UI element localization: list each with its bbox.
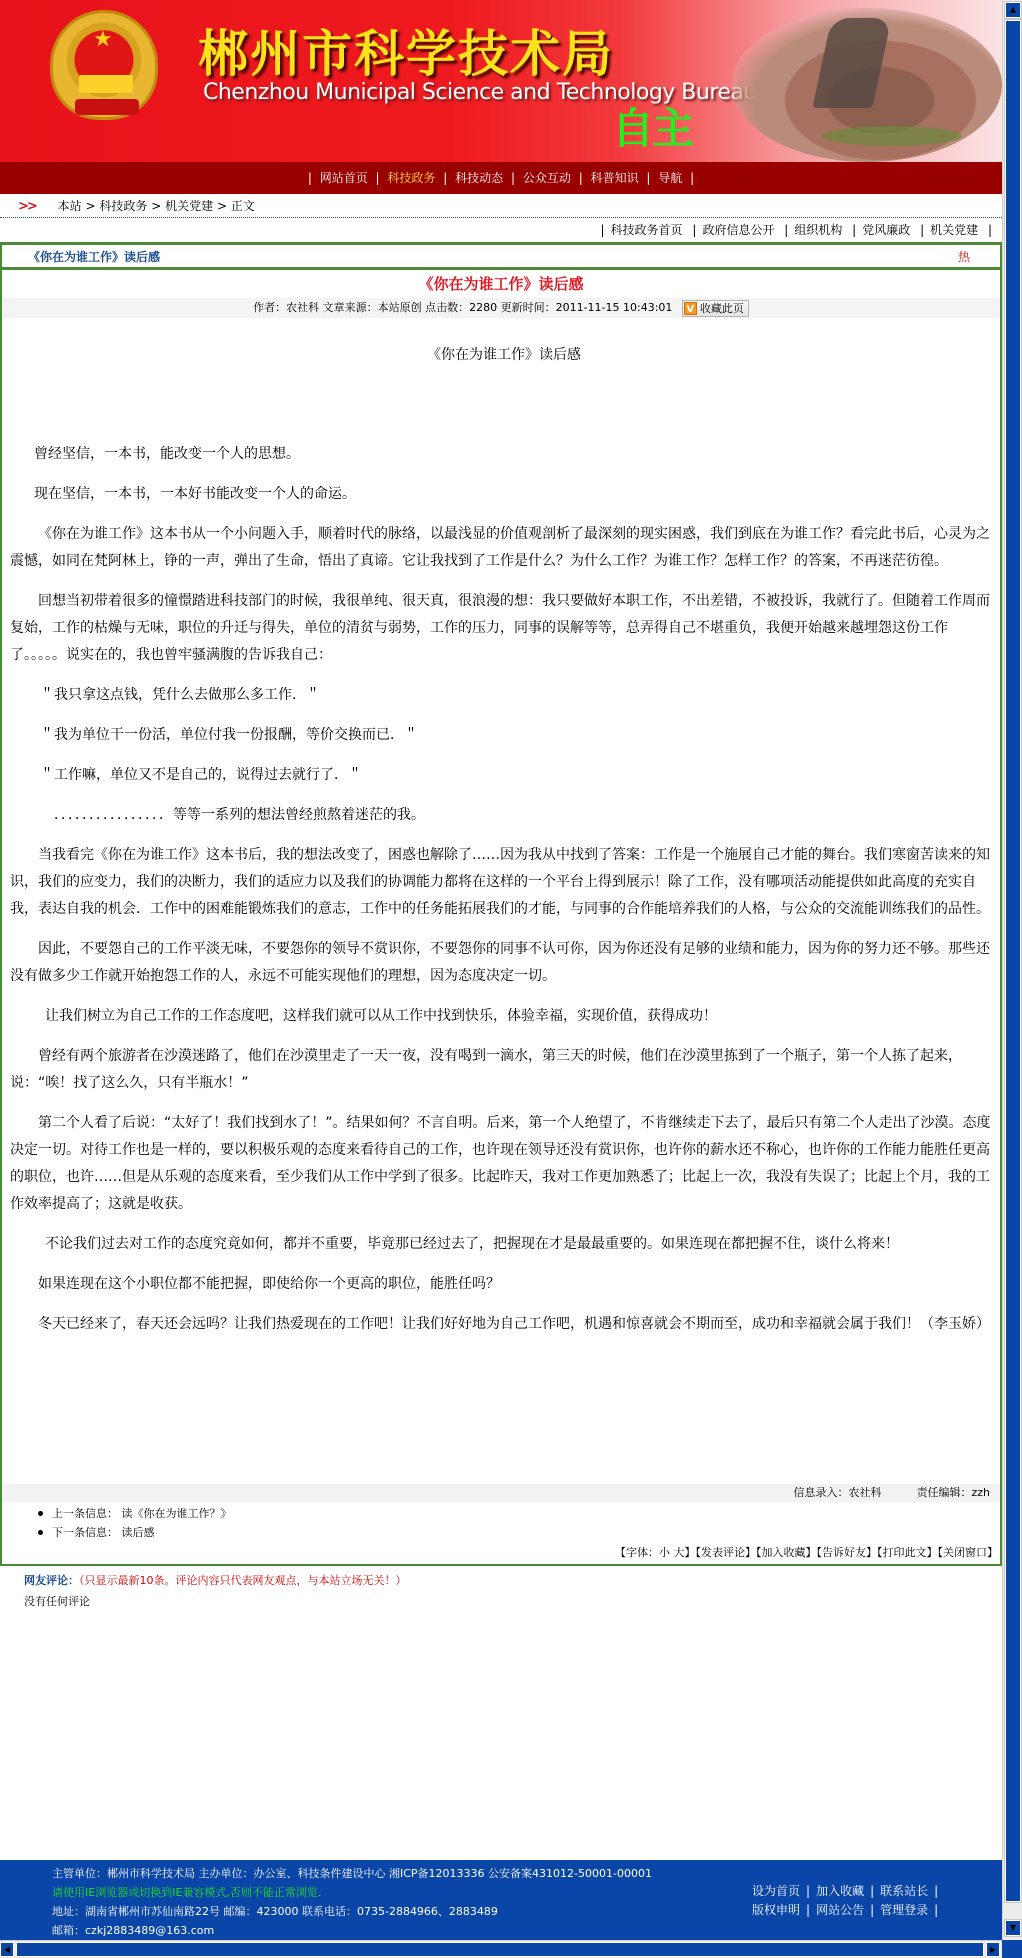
subnav-integrity[interactable]: 党风廉政 [862,223,910,237]
breadcrumb-current: 正文 [231,199,255,213]
sub-nav: |科技政务首页 |政府信息公开 |组织机构 |党风廉政 |机关党建 | [0,218,1002,242]
prev-article-link[interactable]: 读《你在为谁工作？》 [122,1507,232,1520]
paragraph: 现在坚信，一本书，一本好书能改变一个人的命运。 [10,481,998,508]
close-window-link[interactable]: 【关闭窗口】 [938,1546,999,1559]
comments-empty: 没有任何评论 [24,1591,1002,1612]
nav-tech-news[interactable]: 科技动态 [455,171,503,185]
article-info-bar: 信息录入：农社科 责任编辑：zzh [2,1484,1000,1502]
subnav-party-building[interactable]: 机关党建 [930,223,978,237]
scroll-down-arrow-icon[interactable]: ▼ [1005,1920,1021,1936]
breadcrumb-home[interactable]: 本站 [58,199,82,213]
nav-public-interaction[interactable]: 公众互动 [523,171,571,185]
font-large-link[interactable]: 大 [674,1546,685,1559]
article-frame: 《你在为谁工作》读后感 热 《你在为谁工作》读后感 作者：农社科 文章来源：本站… [0,242,1002,1566]
footer-browser-notice: 请使用IE浏览器或切换到IE兼容模式,否则不能正常浏览. [52,1883,652,1902]
prev-next-list: 上一条信息： 读《你在为谁工作？》 下一条信息： 读后感 [2,1502,1000,1542]
paragraph: ＂工作嘛，单位又不是自己的，说得过去就行了．＂ [10,762,998,789]
comments-section: 网友评论：（只显示最新10条。评论内容只代表网友观点，与本站立场无关！） 没有任… [0,1566,1002,1612]
hot-badge: 热 [958,245,970,270]
article-body: 《你在为谁工作》读后感 曾经坚信，一本书，能改变一个人的思想。 现在坚信，一本书… [2,342,1000,1338]
nav-home[interactable]: 网站首页 [320,171,368,185]
post-comment-link[interactable]: 【发表评论】 [696,1546,757,1559]
prev-article: 上一条信息： 读《你在为谁工作？》 [38,1504,1000,1523]
add-favorite-link[interactable]: 【加入收藏】 [756,1546,817,1559]
nav-navigation[interactable]: 导航 [658,171,682,185]
article-tools: 【字体：小 大】【发表评论】【加入收藏】【告诉好友】【打印此文】【关闭窗口】 [2,1542,1000,1564]
article-source: 本站原创 [378,301,422,314]
horizontal-scroll-thumb[interactable] [16,1942,984,1957]
scroll-right-arrow-icon[interactable]: ▶ [986,1942,1000,1957]
page-viewport: ★ 郴州市科学技术局 Chenzhou Municipal Science an… [0,0,1002,1940]
horizontal-scrollbar[interactable]: ◀ ▶ [0,1940,1002,1958]
tell-friend-link[interactable]: 【告诉好友】 [817,1546,878,1559]
set-homepage-link[interactable]: 设为首页 [752,1884,800,1898]
scroll-up-arrow-icon[interactable]: ▲ [1005,2,1021,18]
footer-address: 地址：湖南省郴州市苏仙南路22号 邮编：423000 联系电话：0735-288… [52,1902,652,1921]
bookmark-icon: V [684,302,697,315]
add-favorite-footer-link[interactable]: 加入收藏 [816,1884,864,1898]
site-footer: 主管单位：郴州市科学技术局 主办单位：办公室、科技条件建设中心 湘ICP备120… [0,1860,1002,1940]
paragraph: 当我看完《你在为谁工作》这本书后，我的想法改变了，困惑也解除了……因为我从中找到… [10,842,998,923]
paragraph: 曾经有两个旅游者在沙漠迷路了，他们在沙漠里走了一天一夜，没有喝到一滴水，第三天的… [10,1043,998,1097]
subnav-organization[interactable]: 组织机构 [794,223,842,237]
paragraph: 第二个人看了后说：“太好了！我们找到水了！”。结果如何？不言自明。后来，第一个人… [10,1110,998,1218]
main-nav: | 网站首页 | 科技政务 | 科技动态 | 公众互动 | 科普知识 | 导航 … [0,162,1002,194]
double-chevron-icon: >> [18,199,36,214]
national-emblem-icon: ★ [50,10,158,120]
next-article-link[interactable]: 读后感 [122,1526,155,1539]
bookmark-page-button[interactable]: V收藏此页 [682,300,749,317]
nav-science-knowledge[interactable]: 科普知识 [591,171,639,185]
paragraph: 冬天已经来了，春天还会远吗？让我们热爱现在的工作吧！让我们好好地为自己工作吧，机… [10,1311,998,1338]
paragraph: 《你在为谁工作》这本书从一个小问题入手，顺着时代的脉络，以最浅显的价值观剖析了最… [10,521,998,575]
footer-email: 邮箱：czkj2883489@163.com [52,1921,652,1940]
print-link[interactable]: 【打印此文】 [877,1546,938,1559]
section-title-bar: 《你在为谁工作》读后感 热 [2,245,1000,270]
article-hits: 2280 [469,301,497,314]
article-meta: 作者：农社科 文章来源：本站原创 点击数：2280 更新时间：2011-11-1… [2,298,1000,318]
scrollbar-corner [1002,1940,1022,1958]
article-updated: 2011-11-15 10:43:01 [556,301,673,314]
statue-photo [732,8,1002,162]
admin-login-link[interactable]: 管理登录 [880,1903,928,1917]
paragraph: 让我们树立为自己工作的工作态度吧，这样我们就可以从工作中找到快乐，体验幸福，实现… [10,1003,998,1030]
info-editor: zzh [971,1486,990,1499]
subnav-affairs-home[interactable]: 科技政务首页 [611,223,683,237]
paragraph: ＂我只拿这点钱，凭什么去做那么多工作．＂ [10,682,998,709]
comments-note: （只显示最新10条。评论内容只代表网友观点，与本站立场无关！） [79,1574,407,1587]
site-notice-link[interactable]: 网站公告 [816,1903,864,1917]
banner-tagline: 自主 [612,96,692,156]
paragraph: ＂我为单位干一份活，单位付我一份报酬，等价交换而已．＂ [10,722,998,749]
article-body-title: 《你在为谁工作》读后感 [10,342,998,369]
site-banner: ★ 郴州市科学技术局 Chenzhou Municipal Science an… [0,0,1002,162]
info-entry-user: 农社科 [848,1486,881,1499]
paragraph: ．．．．．．．．．．．．．．．．等等一系列的想法曾经煎熬着迷茫的我。 [10,802,998,829]
nav-tech-affairs[interactable]: 科技政务 [387,171,435,185]
paragraph: 因此，不要怨自己的工作平淡无味，不要怨你的领导不赏识你，不要怨你的同事不认可你，… [10,936,998,990]
font-small-link[interactable]: 小 [659,1546,670,1559]
vertical-scroll-thumb[interactable] [1005,20,1021,1902]
section-title: 《你在为谁工作》读后感 [28,250,160,264]
paragraph: 曾经坚信，一本书，能改变一个人的思想。 [10,441,998,468]
article-author: 农社科 [286,301,319,314]
next-article: 下一条信息： 读后感 [38,1523,1000,1542]
footer-sponsor: 主管单位：郴州市科学技术局 主办单位：办公室、科技条件建设中心 湘ICP备120… [52,1864,652,1883]
breadcrumb-tech-affairs[interactable]: 科技政务 [99,199,147,213]
subnav-info-disclosure[interactable]: 政府信息公开 [702,223,774,237]
breadcrumb-party-building[interactable]: 机关党建 [165,199,213,213]
paragraph: 不论我们过去对工作的态度究竟如何，都并不重要，毕竟那已经过去了，把握现在才是最最… [10,1231,998,1258]
comments-label: 网友评论： [24,1574,79,1587]
paragraph: 如果连现在这个小职位都不能把握，即使给你一个更高的职位，能胜任吗？ [10,1271,998,1298]
article-headline: 《你在为谁工作》读后感 [2,270,1000,298]
vertical-scrollbar[interactable]: ▲ ▼ [1002,0,1022,1940]
breadcrumb: >> 本站 > 科技政务 > 机关党建 > 正文 [0,194,1002,218]
scroll-left-arrow-icon[interactable]: ◀ [0,1942,14,1957]
paragraph: 回想当初带着很多的憧憬踏进科技部门的时候，我很单纯、很天真，很浪漫的想：我只要做… [10,588,998,669]
copyright-link[interactable]: 版权申明 [752,1903,800,1917]
contact-admin-link[interactable]: 联系站长 [880,1884,928,1898]
site-title: 郴州市科学技术局 [198,14,614,86]
